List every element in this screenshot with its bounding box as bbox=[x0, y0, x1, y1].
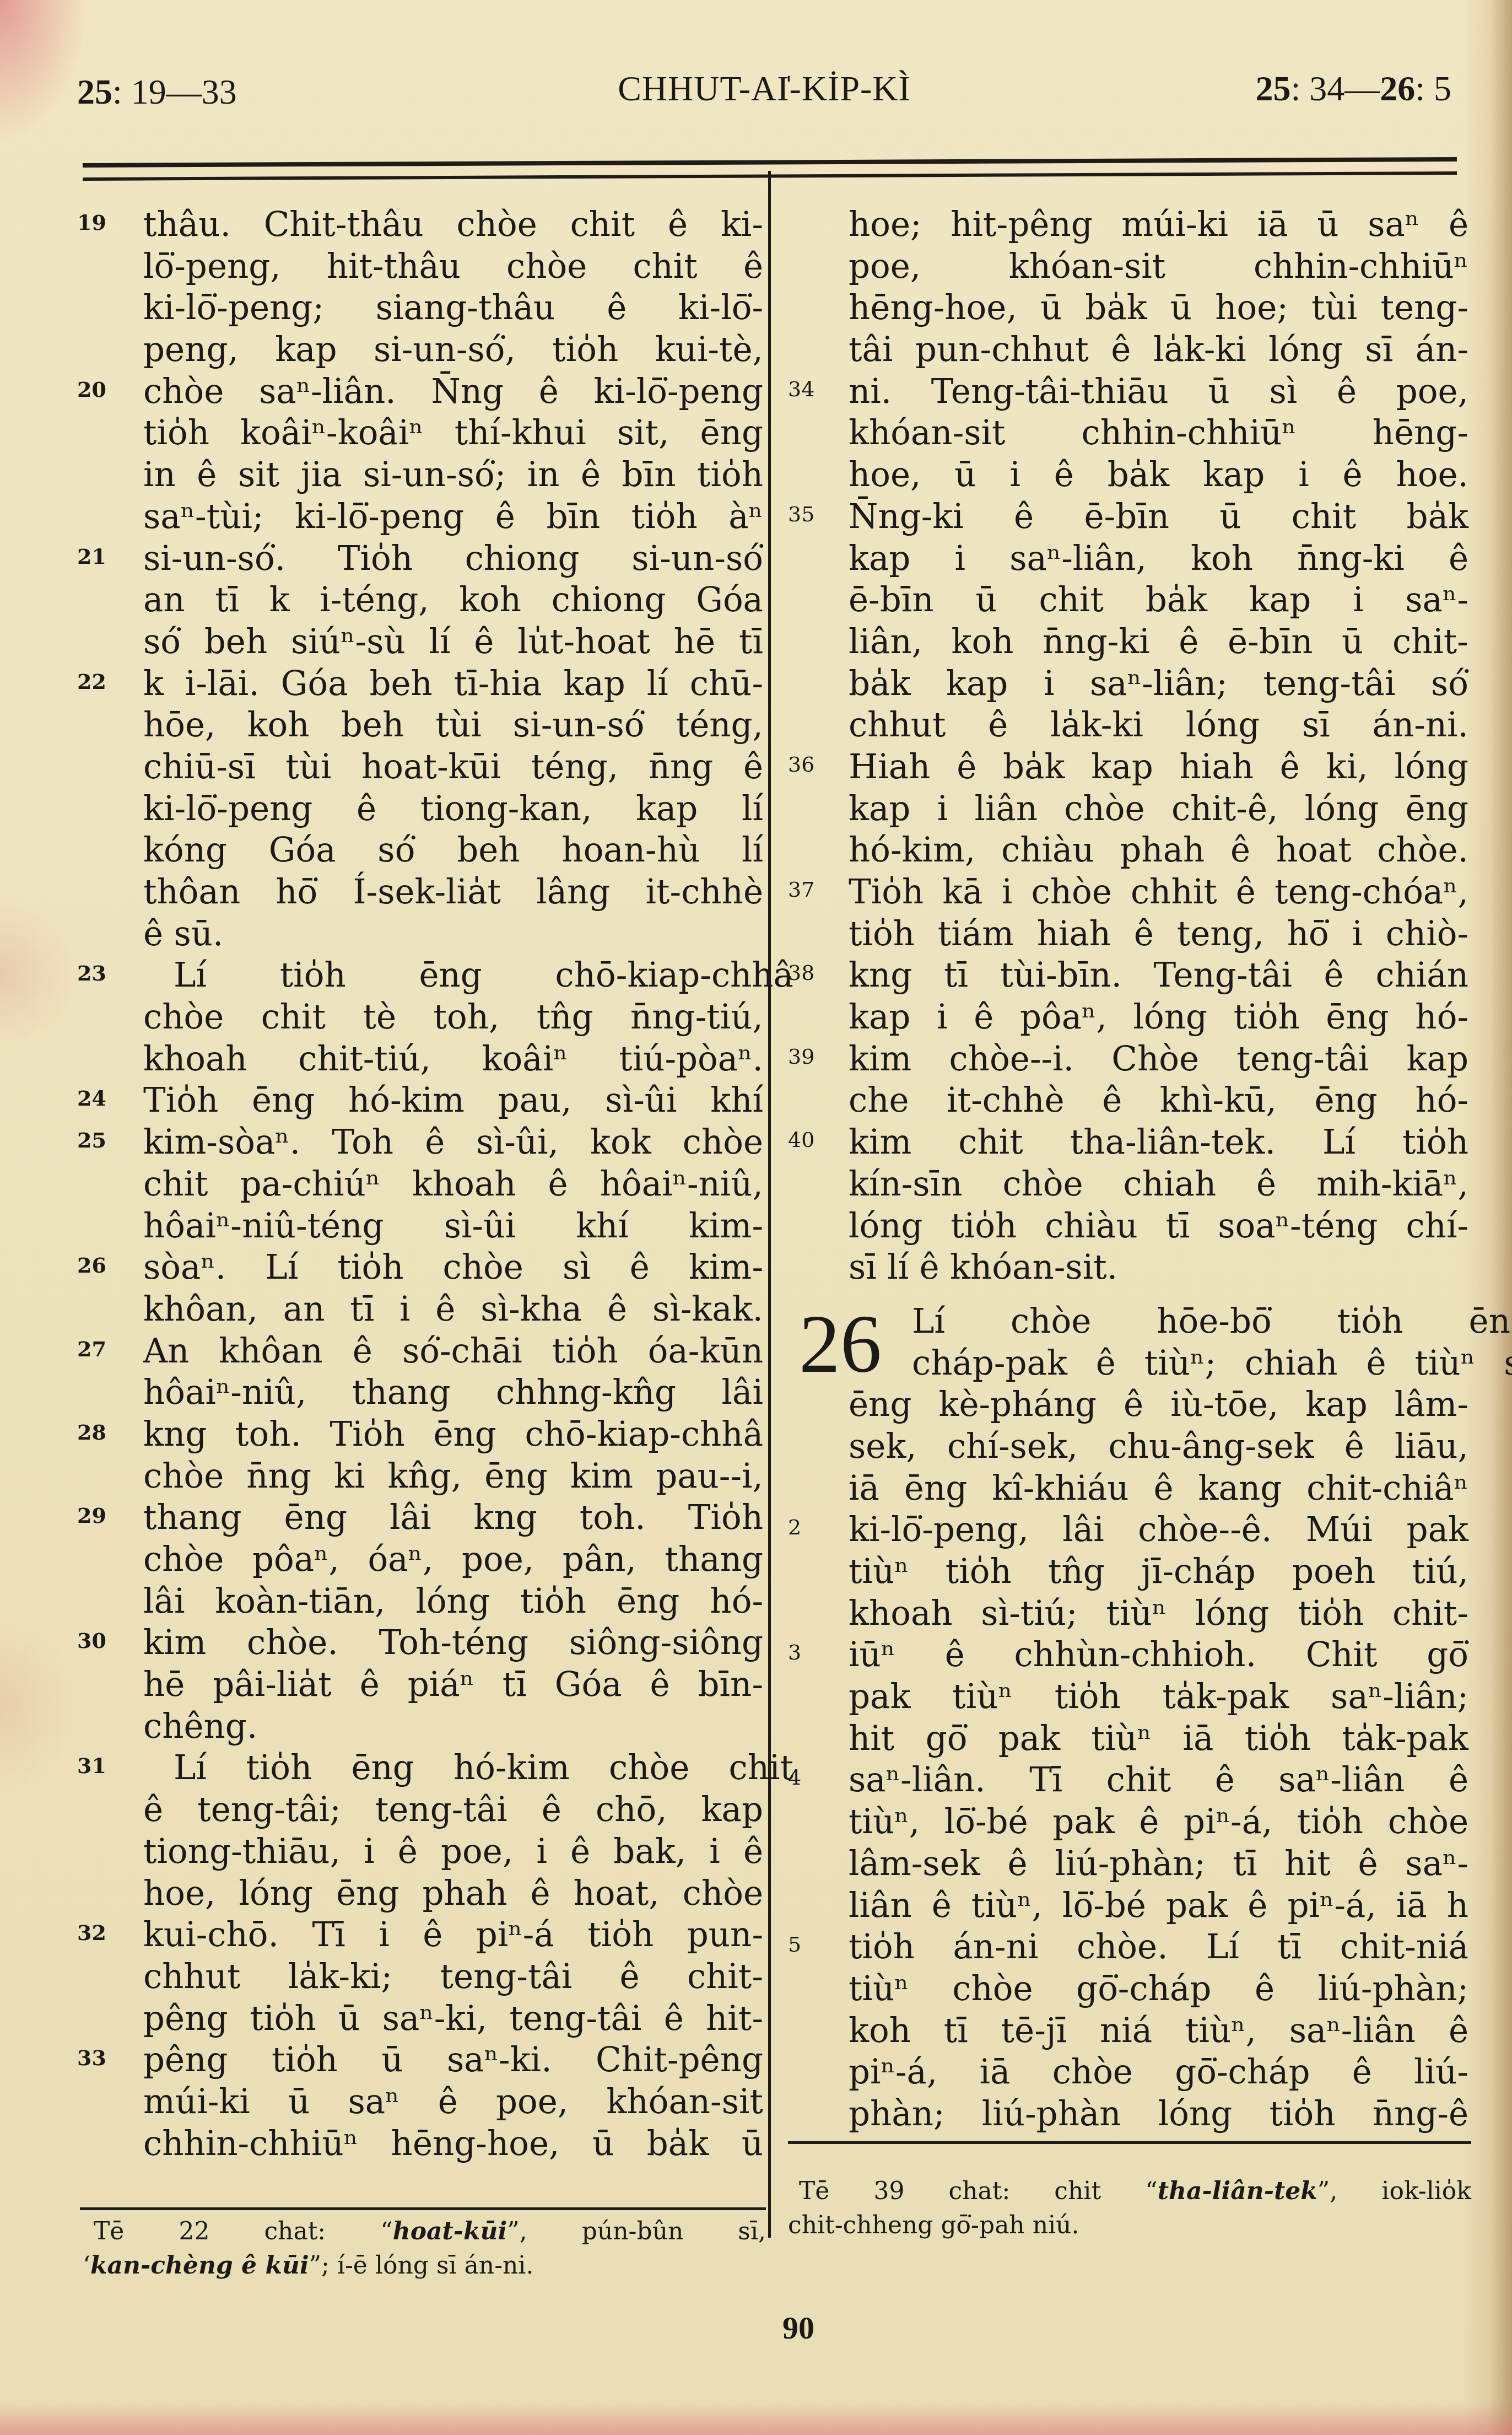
text-line: phàn; liú-phàn lóng tio̍h n̄ng-ê bbox=[782, 2093, 1468, 2135]
right-footnote-line-2: chit-chheng gō͘-pah niú. bbox=[788, 2208, 1471, 2243]
book-title: CHHUT-AI̍-KİP-KÌ bbox=[618, 68, 911, 109]
verse-text: hoe; hit-pêng múi-ki iā ū saⁿ ê bbox=[849, 204, 1468, 246]
verse-text: tio̍h tiám hiah ê teng, hō͘ i chiò- bbox=[849, 913, 1468, 955]
verse-text: chhut ê la̍k-ki lóng sī án-ni. bbox=[849, 704, 1468, 746]
verse-text: lóng tio̍h chiàu tī soaⁿ-téng chí- bbox=[849, 1205, 1468, 1247]
text-line: 19thâu. Chit-thâu chòe chit ê ki- bbox=[77, 204, 763, 246]
text-line: an tī k i-téng, koh chiong Góa bbox=[77, 579, 763, 621]
verse-text: k i-lāi. Góa beh tī-hia kap lí chū- bbox=[143, 663, 763, 705]
text-line: 24Tio̍h ēng hó-kim pau, sì-ûi khí bbox=[77, 1080, 763, 1122]
text-line: 32kui-chō. Tī i ê piⁿ-á tio̍h pun- bbox=[77, 1914, 763, 1956]
text-line: kap i saⁿ-liân, koh n̄ng-ki ê bbox=[782, 538, 1468, 580]
verse-number: 34 bbox=[788, 369, 814, 411]
right-footnote-line-1: Tē 39 chat: chit “tha-liân-tek”, iok-lio… bbox=[788, 2174, 1471, 2208]
text-line: 30kim chòe. Toh-téng siông-siông bbox=[77, 1622, 763, 1664]
text-line: hōe, koh beh tùi si-un-só͘ téng, bbox=[77, 704, 763, 746]
text-line: chit pa-chiúⁿ khoah ê hôaiⁿ-niû, bbox=[77, 1163, 763, 1205]
verse-text: hē pâi-lia̍t ê piáⁿ tī Góa ê bīn- bbox=[143, 1664, 763, 1706]
left-text-column: 19thâu. Chit-thâu chòe chit ê ki-lō͘-pen… bbox=[77, 204, 763, 2164]
verse-text: ē-bīn ū chit ba̍k kap i saⁿ- bbox=[849, 579, 1468, 621]
footnote-text: Tē 22 chat: “ bbox=[94, 2217, 393, 2245]
text-line: 40kim chit tha-liân-tek. Lí tio̍h bbox=[782, 1122, 1468, 1163]
verse-number: 23 bbox=[77, 952, 106, 994]
verse-text: iūⁿ ê chhùn-chhioh. Chit gō͘ bbox=[849, 1634, 1468, 1676]
verse-text: kui-chō. Tī i ê piⁿ-á tio̍h pun- bbox=[143, 1914, 763, 1956]
verse-text: khóan-sit chhin-chhiūⁿ hēng- bbox=[849, 412, 1468, 454]
verse-text: khôan, an tī i ê sì-kha ê sì-kak. bbox=[143, 1289, 763, 1330]
text-line: khôan, an tī i ê sì-kha ê sì-kak. bbox=[77, 1289, 763, 1330]
verse-text: An khôan ê só͘-chāi tio̍h óa-kūn bbox=[143, 1330, 763, 1372]
text-line: che it-chhè ê khì-kū, ēng hó- bbox=[782, 1080, 1468, 1122]
text-line: iā ēng kî-khiáu ê kang chit-chiâⁿ bbox=[782, 1468, 1468, 1510]
right-chapter-start: 25 bbox=[1255, 69, 1290, 108]
verse-text: só͘ beh siúⁿ-sù lí ê lu̍t-hoat hē tī bbox=[143, 621, 763, 663]
text-line: kap i ê pôaⁿ, lóng tio̍h ēng hó- bbox=[782, 996, 1468, 1038]
verse-text: liân ê tiùⁿ, lō͘-bé pak ê piⁿ-á, iā h bbox=[849, 1885, 1468, 1927]
verse-text: ba̍k kap i saⁿ-liân; teng-tâi só͘ bbox=[849, 663, 1468, 705]
verse-text: thang ēng lâi kng toh. Tio̍h bbox=[143, 1497, 763, 1539]
verse-text: khoah chit-tiú, koâiⁿ tiú-pòaⁿ. bbox=[143, 1038, 763, 1080]
text-line: tâi pun-chhut ê la̍k-ki lóng sī án- bbox=[782, 329, 1468, 371]
text-line: ē-bīn ū chit ba̍k kap i saⁿ- bbox=[782, 579, 1468, 621]
verse-text: saⁿ-liân. Tī chit ê saⁿ-liân ê bbox=[849, 1759, 1468, 1801]
text-line: sī lí ê khóan-sit. bbox=[782, 1247, 1468, 1289]
verse-number: 40 bbox=[788, 1119, 814, 1161]
verse-text: chòe pôaⁿ, óaⁿ, poe, pân, thang bbox=[143, 1539, 763, 1581]
text-line: hoe, lóng ēng phah ê hoat, chòe bbox=[77, 1873, 763, 1915]
verse-text: hoe, lóng ēng phah ê hoat, chòe bbox=[143, 1873, 763, 1915]
verse-text: kng toh. Tio̍h ēng chō-kiap-chhâ bbox=[143, 1414, 763, 1456]
verse-text: tiùⁿ, lō͘-bé pak ê piⁿ-á, tio̍h chòe bbox=[849, 1801, 1468, 1843]
text-line: piⁿ-á, iā chòe gō͘-cháp ê liú- bbox=[782, 2051, 1468, 2093]
text-line: ba̍k kap i saⁿ-liân; teng-tâi só͘ bbox=[782, 663, 1468, 705]
footnote-text: Tē 39 chat: chit “ bbox=[799, 2177, 1158, 2205]
footnote-text: ”, iok-lio̍k bbox=[1317, 2177, 1471, 2205]
verse-text: chiū-sī tùi hoat-kūi téng, n̄ng ê bbox=[143, 746, 763, 788]
text-line: hôaiⁿ-niû, thang chhng-kn̂g lâi bbox=[77, 1372, 763, 1414]
verse-text: thôan hō͘ Í-sek-lia̍t lâng it-chhè bbox=[143, 871, 763, 913]
verse-text: kim chit tha-liân-tek. Lí tio̍h bbox=[849, 1122, 1468, 1163]
verse-text: che it-chhè ê khì-kū, ēng hó- bbox=[849, 1080, 1468, 1122]
text-line: 26sòaⁿ. Lí tio̍h chòe sì ê kim- bbox=[77, 1247, 763, 1289]
verse-text: chêng. bbox=[143, 1706, 763, 1748]
text-line: 3iūⁿ ê chhùn-chhioh. Chit gō͘ bbox=[782, 1634, 1468, 1676]
left-verses: : 19—33 bbox=[112, 72, 237, 111]
text-line: cháp-pak ê tiùⁿ; chiah ê tiùⁿ sī bbox=[782, 1343, 1468, 1384]
text-line: hó-kim, chiàu phah ê hoat chòe. bbox=[782, 829, 1468, 871]
footnote-text: ”, pún-bûn sī, bbox=[507, 2217, 766, 2245]
text-line: chhut la̍k-ki; teng-tâi ê chit- bbox=[77, 1956, 763, 1998]
footnote-text: ‘ bbox=[83, 2251, 90, 2280]
verse-number: 36 bbox=[788, 744, 814, 786]
verse-number: 37 bbox=[788, 869, 814, 911]
text-line: múi-ki ū saⁿ ê poe, khóan-sit bbox=[77, 2081, 763, 2123]
verse-text: saⁿ-tùi; ki-lō͘-peng ê bīn tio̍h àⁿ bbox=[143, 496, 763, 538]
right-verse-end: : 5 bbox=[1415, 69, 1451, 108]
verse-text: poe, khóan-sit chhin-chhiūⁿ bbox=[849, 246, 1468, 288]
verse-text: chòe saⁿ-liân. N̄ng ê ki-lō͘-peng bbox=[143, 371, 763, 413]
text-line: hēng-hoe, ū ba̍k ū hoe; tùi teng- bbox=[782, 287, 1468, 329]
verse-number: 35 bbox=[788, 494, 814, 536]
text-line: kóng Góa só͘ beh hoan-hù lí bbox=[77, 829, 763, 871]
text-line: 25kim-sòaⁿ. Toh ê sì-ûi, kok chòe bbox=[77, 1122, 763, 1163]
verse-text: kap i saⁿ-liân, koh n̄ng-ki ê bbox=[849, 538, 1468, 580]
text-line: hôaiⁿ-niû-téng sì-ûi khí kim- bbox=[77, 1205, 763, 1247]
text-line: 27An khôan ê só͘-chāi tio̍h óa-kūn bbox=[77, 1330, 763, 1372]
verse-number: 25 bbox=[77, 1119, 106, 1161]
verse-text: hôaiⁿ-niû, thang chhng-kn̂g lâi bbox=[143, 1372, 763, 1414]
text-line: lâm-sek ê liú-phàn; tī hit ê saⁿ- bbox=[782, 1843, 1468, 1885]
text-line: hoe, ū i ê ba̍k kap i ê hoe. bbox=[782, 454, 1468, 496]
text-line: pak tiùⁿ tio̍h ta̍k-pak saⁿ-liân; bbox=[782, 1676, 1468, 1718]
verse-text: in ê sit jia si-un-só͘; in ê bīn tio̍h bbox=[143, 454, 763, 496]
verse-text: piⁿ-á, iā chòe gō͘-cháp ê liú- bbox=[849, 2051, 1468, 2093]
verse-text: múi-ki ū saⁿ ê poe, khóan-sit bbox=[143, 2081, 763, 2123]
verse-text: lâm-sek ê liú-phàn; tī hit ê saⁿ- bbox=[849, 1843, 1468, 1885]
left-verse-range: 25: 19—33 bbox=[77, 72, 237, 112]
text-line: chòe n̄ng ki kn̂g, ēng kim pau--i, bbox=[77, 1456, 763, 1497]
text-line: tiùⁿ, lō͘-bé pak ê piⁿ-á, tio̍h chòe bbox=[782, 1801, 1468, 1843]
verse-text: pêng tio̍h ū saⁿ-ki, teng-tâi ê hit- bbox=[143, 1998, 763, 2040]
text-line: lō͘-peng, hit-thâu chòe chit ê bbox=[77, 246, 763, 288]
left-footnote-line-2: ‘kan-chèng ê kūi”; í-ē lóng sī án-ni. bbox=[83, 2249, 766, 2283]
page-number: 90 bbox=[782, 2309, 814, 2346]
verse-number: 4 bbox=[788, 1757, 801, 1799]
text-line: Lí chòe hōe-bō͘ tio̍h ēng bbox=[782, 1301, 1468, 1343]
verse-text: tiong-thiāu, i ê poe, i ê bak, i ê bbox=[143, 1831, 763, 1873]
text-line: lâi koàn-tiān, lóng tio̍h ēng hó- bbox=[77, 1581, 763, 1623]
text-line: 35N̄ng-ki ê ē-bīn ū chit ba̍k bbox=[782, 496, 1468, 538]
text-line: 37Tio̍h kā i chòe chhit ê teng-chóaⁿ, bbox=[782, 871, 1468, 913]
text-line: ēng kè-pháng ê iù-tōe, kap lâm- bbox=[782, 1384, 1468, 1426]
text-line: peng, kap si-un-só͘, tio̍h kui-tè, bbox=[77, 329, 763, 371]
verse-number: 2 bbox=[788, 1507, 801, 1549]
verse-text: phàn; liú-phàn lóng tio̍h n̄ng-ê bbox=[849, 2093, 1468, 2135]
text-line: tio̍h tiám hiah ê teng, hō͘ i chiò- bbox=[782, 913, 1468, 955]
text-line: koh tī tē-jī niá tiùⁿ, saⁿ-liân ê bbox=[782, 2010, 1468, 2052]
verse-number: 38 bbox=[788, 952, 814, 994]
verse-text: an tī k i-téng, koh chiong Góa bbox=[143, 579, 763, 621]
verse-text: peng, kap si-un-só͘, tio̍h kui-tè, bbox=[143, 329, 763, 371]
verse-text: iā ēng kî-khiáu ê kang chit-chiâⁿ bbox=[849, 1468, 1468, 1510]
verse-number: 29 bbox=[77, 1495, 106, 1537]
left-chapter: 25 bbox=[77, 72, 112, 111]
verse-text: Tio̍h ēng hó-kim pau, sì-ûi khí bbox=[143, 1080, 763, 1122]
footnote-term: tha-liân-tek bbox=[1158, 2177, 1317, 2205]
verse-number: 19 bbox=[77, 202, 106, 244]
verse-number: 22 bbox=[77, 661, 106, 703]
text-line: 23Lí tio̍h ēng chō-kiap-chhâ bbox=[77, 955, 763, 996]
verse-text: koh tī tē-jī niá tiùⁿ, saⁿ-liân ê bbox=[849, 2010, 1468, 2052]
right-chapter-end: 26 bbox=[1380, 69, 1415, 108]
verse-text: sī lí ê khóan-sit. bbox=[849, 1247, 1468, 1289]
verse-text: lō͘-peng, hit-thâu chòe chit ê bbox=[143, 246, 763, 288]
verse-text: Lí tio̍h ēng chō-kiap-chhâ bbox=[143, 955, 793, 996]
verse-text: hit gō͘ pak tiùⁿ iā tio̍h ta̍k-pak bbox=[849, 1718, 1468, 1760]
verse-text: tiùⁿ chòe gō͘-cháp ê liú-phàn; bbox=[849, 1968, 1468, 2010]
chapter-26-block: 26Lí chòe hōe-bō͘ tio̍h ēngcháp-pak ê ti… bbox=[782, 1301, 1468, 2135]
verse-text: Lí tio̍h ēng hó-kim chòe chit bbox=[143, 1747, 793, 1789]
verse-text: si-un-só͘. Tio̍h chiong si-un-só͘ bbox=[143, 538, 763, 580]
text-line: tio̍h koâiⁿ-koâiⁿ thí-khui sit, ēng bbox=[77, 412, 763, 454]
text-line: 5tio̍h án-ni chòe. Lí tī chit-niá bbox=[782, 1926, 1468, 1968]
verse-text: chit pa-chiúⁿ khoah ê hôaiⁿ-niû, bbox=[143, 1163, 763, 1205]
verse-text: ki-lō͘-peng; siang-thâu ê ki-lō͘- bbox=[143, 287, 763, 329]
verse-text: ê teng-tâi; teng-tâi ê chō, kap bbox=[143, 1789, 763, 1831]
verse-text: kim chòe. Toh-téng siông-siông bbox=[143, 1622, 763, 1664]
verse-text: kim-sòaⁿ. Toh ê sì-ûi, kok chòe bbox=[143, 1122, 763, 1163]
text-line: 28kng toh. Tio̍h ēng chō-kiap-chhâ bbox=[77, 1414, 763, 1456]
text-line: ki-lō͘-peng ê tiong-kan, kap lí bbox=[77, 788, 763, 830]
text-line: khoah sì-tiú; tiùⁿ lóng tio̍h chit- bbox=[782, 1593, 1468, 1635]
verse-text: kim chòe--i. Chòe teng-tâi kap bbox=[849, 1038, 1468, 1080]
text-line: 21si-un-só͘. Tio̍h chiong si-un-só͘ bbox=[77, 538, 763, 580]
text-line: 2ki-lō͘-peng, lâi chòe--ê. Múi pak bbox=[782, 1509, 1468, 1551]
verse-text: chhut la̍k-ki; teng-tâi ê chit- bbox=[143, 1956, 763, 1998]
text-line: sek, chí-sek, chu-âng-sek ê liāu, bbox=[782, 1426, 1468, 1468]
verse-number: 39 bbox=[788, 1036, 814, 1078]
verse-number: 3 bbox=[788, 1632, 801, 1674]
text-line: chêng. bbox=[77, 1706, 763, 1748]
verse-text: chòe n̄ng ki kn̂g, ēng kim pau--i, bbox=[143, 1456, 763, 1497]
text-line: thôan hō͘ Í-sek-lia̍t lâng it-chhè bbox=[77, 871, 763, 913]
verse-text: liân, koh n̄ng-ki ê ē-bīn ū chit- bbox=[849, 621, 1468, 663]
verse-text: kóng Góa só͘ beh hoan-hù lí bbox=[143, 829, 763, 871]
text-line: liân, koh n̄ng-ki ê ē-bīn ū chit- bbox=[782, 621, 1468, 663]
verse-text: hēng-hoe, ū ba̍k ū hoe; tùi teng- bbox=[849, 287, 1468, 329]
text-line: hoe; hit-pêng múi-ki iā ū saⁿ ê bbox=[782, 204, 1468, 246]
text-line: ê sū. bbox=[77, 913, 763, 955]
verse-number: 20 bbox=[77, 369, 106, 411]
column-divider bbox=[768, 171, 771, 2238]
text-line: poe, khóan-sit chhin-chhiūⁿ bbox=[782, 246, 1468, 288]
text-line: chhut ê la̍k-ki lóng sī án-ni. bbox=[782, 704, 1468, 746]
verse-text: tio̍h koâiⁿ-koâiⁿ thí-khui sit, ēng bbox=[143, 412, 763, 454]
verse-text: chhin-chhiūⁿ hēng-hoe, ū ba̍k ū bbox=[143, 2123, 763, 2165]
text-line: 38kng tī tùi-bīn. Teng-tâi ê chián bbox=[782, 955, 1468, 996]
running-header: 25: 19—33 CHHUT-AI̍-KİP-KÌ 25: 34—26: 5 bbox=[77, 72, 1451, 121]
text-line: khoah chit-tiú, koâiⁿ tiú-pòaⁿ. bbox=[77, 1038, 763, 1080]
text-line: kap i liân chòe chit-ê, lóng ēng bbox=[782, 788, 1468, 830]
verse-text: hôaiⁿ-niû-téng sì-ûi khí kim- bbox=[143, 1205, 763, 1247]
verse-text: tâi pun-chhut ê la̍k-ki lóng sī án- bbox=[849, 329, 1468, 371]
verse-text: thâu. Chit-thâu chòe chit ê ki- bbox=[143, 204, 763, 246]
verse-text: pak tiùⁿ tio̍h ta̍k-pak saⁿ-liân; bbox=[849, 1676, 1468, 1718]
text-line: liân ê tiùⁿ, lō͘-bé pak ê piⁿ-á, iā h bbox=[782, 1885, 1468, 1927]
verse-number: 33 bbox=[77, 2037, 106, 2079]
verse-number: 21 bbox=[77, 536, 106, 578]
text-line: 33pêng tio̍h ū saⁿ-ki. Chit-pêng bbox=[77, 2039, 763, 2081]
text-line: 31Lí tio̍h ēng hó-kim chòe chit bbox=[77, 1747, 763, 1789]
right-verse-start: : 34— bbox=[1290, 69, 1380, 108]
text-line: hē pâi-lia̍t ê piáⁿ tī Góa ê bīn- bbox=[77, 1664, 763, 1706]
text-line: chiū-sī tùi hoat-kūi téng, n̄ng ê bbox=[77, 746, 763, 788]
verse-number: 30 bbox=[77, 1620, 106, 1662]
verse-text: kap i ê pôaⁿ, lóng tio̍h ēng hó- bbox=[849, 996, 1468, 1038]
verse-number: 26 bbox=[77, 1245, 106, 1286]
text-line: ê teng-tâi; teng-tâi ê chō, kap bbox=[77, 1789, 763, 1831]
footnote-text: ”; í-ē lóng sī án-ni. bbox=[309, 2251, 534, 2280]
verse-text: Tio̍h kā i chòe chhit ê teng-chóaⁿ, bbox=[849, 871, 1468, 913]
right-footnote-rule bbox=[788, 2141, 1471, 2144]
verse-text: sek, chí-sek, chu-âng-sek ê liāu, bbox=[849, 1426, 1468, 1468]
text-line: 4saⁿ-liân. Tī chit ê saⁿ-liân ê bbox=[782, 1759, 1468, 1801]
verse-text: Hiah ê ba̍k kap hiah ê ki, lóng bbox=[849, 746, 1468, 788]
text-line: chhin-chhiūⁿ hēng-hoe, ū ba̍k ū bbox=[77, 2123, 763, 2165]
footnote-term: kan-chèng ê kūi bbox=[90, 2251, 309, 2280]
text-line: chòe pôaⁿ, óaⁿ, poe, pân, thang bbox=[77, 1539, 763, 1581]
text-line: 39kim chòe--i. Chòe teng-tâi kap bbox=[782, 1038, 1468, 1080]
left-footnote: Tē 22 chat: “hoat-kūi”, pún-bûn sī, ‘kan… bbox=[83, 2215, 766, 2283]
text-line: khóan-sit chhin-chhiūⁿ hēng- bbox=[782, 412, 1468, 454]
verse-text: cháp-pak ê tiùⁿ; chiah ê tiùⁿ sī bbox=[849, 1343, 1512, 1384]
left-footnote-rule bbox=[80, 2207, 766, 2210]
verse-text: tio̍h án-ni chòe. Lí tī chit-niá bbox=[849, 1926, 1468, 1968]
verse-text: hōe, koh beh tùi si-un-só͘ téng, bbox=[143, 704, 763, 746]
text-line: só͘ beh siúⁿ-sù lí ê lu̍t-hoat hē tī bbox=[77, 621, 763, 663]
verse-text: ēng kè-pháng ê iù-tōe, kap lâm- bbox=[849, 1384, 1468, 1426]
text-line: ki-lō͘-peng; siang-thâu ê ki-lō͘- bbox=[77, 287, 763, 329]
text-line: 29thang ēng lâi kng toh. Tio̍h bbox=[77, 1497, 763, 1539]
right-footnote: Tē 39 chat: chit “tha-liân-tek”, iok-lio… bbox=[788, 2174, 1471, 2243]
verse-text: hoe, ū i ê ba̍k kap i ê hoe. bbox=[849, 454, 1468, 496]
verse-text: ê sū. bbox=[143, 913, 763, 955]
verse-number: 5 bbox=[788, 1924, 801, 1966]
text-line: tiong-thiāu, i ê poe, i ê bak, i ê bbox=[77, 1831, 763, 1873]
text-line: saⁿ-tùi; ki-lō͘-peng ê bīn tio̍h àⁿ bbox=[77, 496, 763, 538]
verse-text: tiùⁿ tio̍h tn̂g jī-cháp poeh tiú, bbox=[849, 1551, 1468, 1593]
text-line: lóng tio̍h chiàu tī soaⁿ-téng chí- bbox=[782, 1205, 1468, 1247]
verse-text: ni. Teng-tâi-thiāu ū sì ê poe, bbox=[849, 371, 1468, 413]
text-line: 20chòe saⁿ-liân. N̄ng ê ki-lō͘-peng bbox=[77, 371, 763, 413]
left-footnote-line-1: Tē 22 chat: “hoat-kūi”, pún-bûn sī, bbox=[83, 2215, 766, 2249]
verse-text: hó-kim, chiàu phah ê hoat chòe. bbox=[849, 829, 1468, 871]
footnote-term: hoat-kūi bbox=[393, 2217, 507, 2245]
text-line: tiùⁿ chòe gō͘-cháp ê liú-phàn; bbox=[782, 1968, 1468, 2010]
verse-number: 27 bbox=[77, 1328, 106, 1370]
verse-text: chòe chit tè toh, tn̂g n̄ng-tiú, bbox=[143, 996, 763, 1038]
verse-text: khoah sì-tiú; tiùⁿ lóng tio̍h chit- bbox=[849, 1593, 1468, 1635]
verse-text: N̄ng-ki ê ē-bīn ū chit ba̍k bbox=[849, 496, 1468, 538]
text-line: pêng tio̍h ū saⁿ-ki, teng-tâi ê hit- bbox=[77, 1998, 763, 2040]
verse-text: lâi koàn-tiān, lóng tio̍h ēng hó- bbox=[143, 1581, 763, 1623]
right-text-column: hoe; hit-pêng múi-ki iā ū saⁿ êpoe, khóa… bbox=[782, 204, 1468, 2135]
verse-text: pêng tio̍h ū saⁿ-ki. Chit-pêng bbox=[143, 2039, 763, 2081]
text-line: chòe chit tè toh, tn̂g n̄ng-tiú, bbox=[77, 996, 763, 1038]
verse-text: ki-lō͘-peng ê tiong-kan, kap lí bbox=[143, 788, 763, 830]
text-line: 22k i-lāi. Góa beh tī-hia kap lí chū- bbox=[77, 663, 763, 705]
text-line: 34ni. Teng-tâi-thiāu ū sì ê poe, bbox=[782, 371, 1468, 413]
text-line: hit gō͘ pak tiùⁿ iā tio̍h ta̍k-pak bbox=[782, 1718, 1468, 1760]
verse-text: kng tī tùi-bīn. Teng-tâi ê chián bbox=[849, 955, 1468, 996]
verse-number: 28 bbox=[77, 1412, 106, 1453]
text-line: kín-sīn chòe chiah ê mih-kiāⁿ, bbox=[782, 1163, 1468, 1205]
text-line: tiùⁿ tio̍h tn̂g jī-cháp poeh tiú, bbox=[782, 1551, 1468, 1593]
verse-number: 24 bbox=[77, 1078, 106, 1119]
verse-number: 31 bbox=[77, 1745, 106, 1787]
verse-text: kap i liân chòe chit-ê, lóng ēng bbox=[849, 788, 1468, 830]
right-verse-range: 25: 34—26: 5 bbox=[1255, 68, 1451, 109]
verse-number: 32 bbox=[77, 1912, 106, 1954]
verse-text: kín-sīn chòe chiah ê mih-kiāⁿ, bbox=[849, 1163, 1468, 1205]
text-line: 36Hiah ê ba̍k kap hiah ê ki, lóng bbox=[782, 746, 1468, 788]
verse-text: ki-lō͘-peng, lâi chòe--ê. Múi pak bbox=[849, 1509, 1468, 1551]
verse-text: sòaⁿ. Lí tio̍h chòe sì ê kim- bbox=[143, 1247, 763, 1289]
text-line: in ê sit jia si-un-só͘; in ê bīn tio̍h bbox=[77, 454, 763, 496]
verse-text: Lí chòe hōe-bō͘ tio̍h ēng bbox=[849, 1301, 1512, 1343]
